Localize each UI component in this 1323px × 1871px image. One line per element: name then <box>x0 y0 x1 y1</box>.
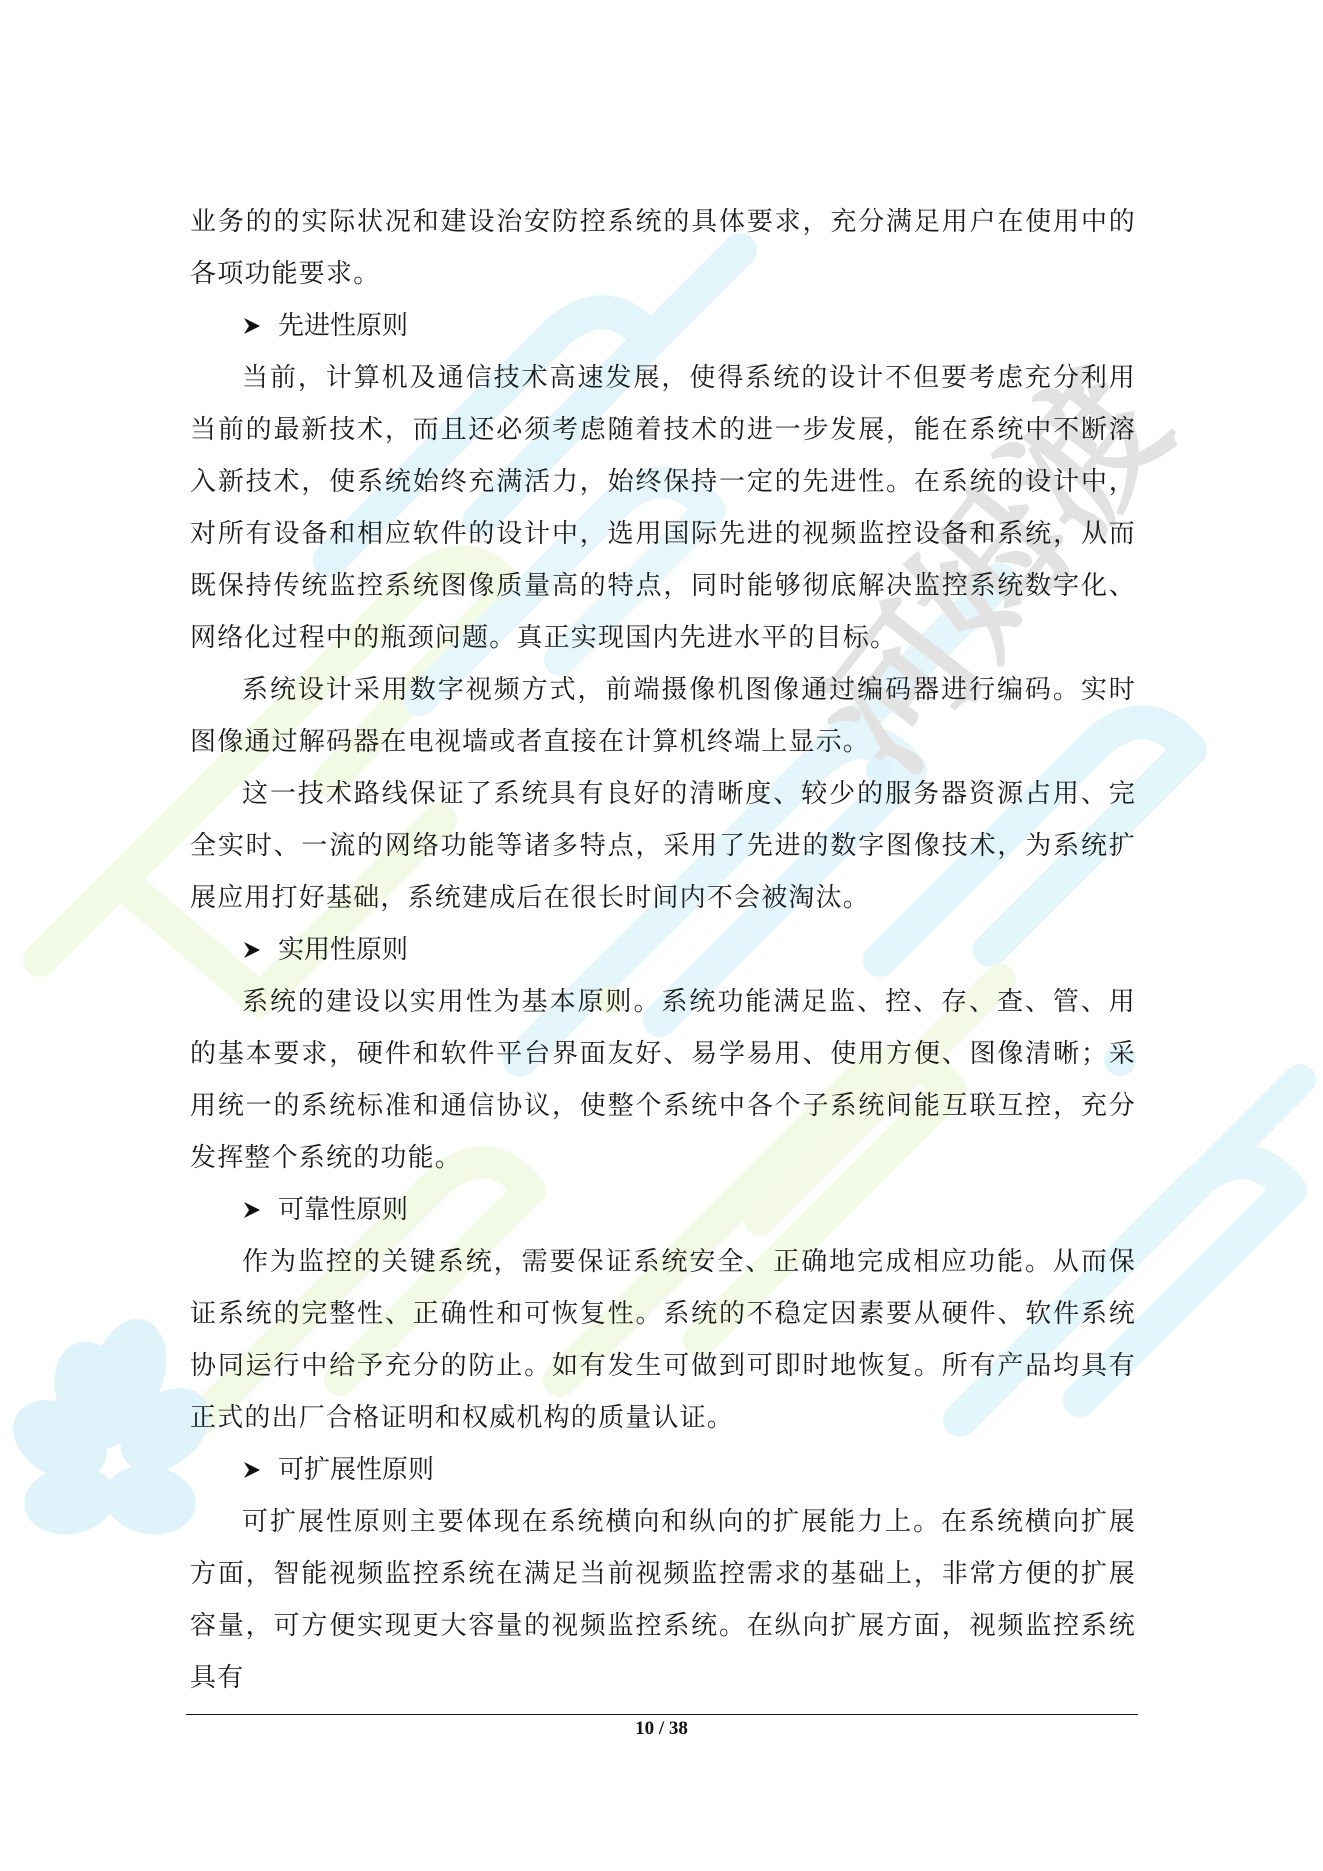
paragraph-practical: 系统的建设以实用性为基本原则。系统功能满足监、控、存、查、管、用的基本要求，硬件… <box>190 976 1136 1184</box>
paragraph-reliability: 作为监控的关键系统，需要保证系统安全、正确地完成相应功能。从而保证系统的完整性、… <box>190 1236 1136 1444</box>
document-body: 业务的的实际状况和建设治安防控系统的具体要求，充分满足用户在使用中的各项功能要求… <box>190 196 1136 1704</box>
heading-reliability-principle: 可靠性原则 <box>190 1184 1136 1236</box>
heading-practical-principle: 实用性原则 <box>190 924 1136 976</box>
heading-text: 先进性原则 <box>278 300 408 352</box>
arrow-bullet-icon <box>242 924 264 976</box>
arrow-bullet-icon <box>242 1444 264 1496</box>
paragraph-intro-continued: 业务的的实际状况和建设治安防控系统的具体要求，充分满足用户在使用中的各项功能要求… <box>190 196 1136 300</box>
heading-text: 可扩展性原则 <box>278 1444 434 1496</box>
heading-text: 实用性原则 <box>278 924 408 976</box>
arrow-bullet-icon <box>242 300 264 352</box>
footer-divider <box>186 1714 1138 1715</box>
paragraph-advanced-1: 当前，计算机及通信技术高速发展，使得系统的设计不但要考虑充分利用当前的最新技术，… <box>190 352 1136 664</box>
paragraph-advanced-2: 系统设计采用数字视频方式，前端摄像机图像通过编码器进行编码。实时图像通过解码器在… <box>190 664 1136 768</box>
paragraph-scalability: 可扩展性原则主要体现在系统横向和纵向的扩展能力上。在系统横向扩展方面，智能视频监… <box>190 1496 1136 1704</box>
page-number: 10 / 38 <box>0 1718 1323 1740</box>
heading-scalability-principle: 可扩展性原则 <box>190 1444 1136 1496</box>
heading-text: 可靠性原则 <box>278 1184 408 1236</box>
paragraph-advanced-3: 这一技术路线保证了系统具有良好的清晰度、较少的服务器资源占用、完全实时、一流的网… <box>190 768 1136 924</box>
heading-advanced-principle: 先进性原则 <box>190 300 1136 352</box>
arrow-bullet-icon <box>242 1184 264 1236</box>
